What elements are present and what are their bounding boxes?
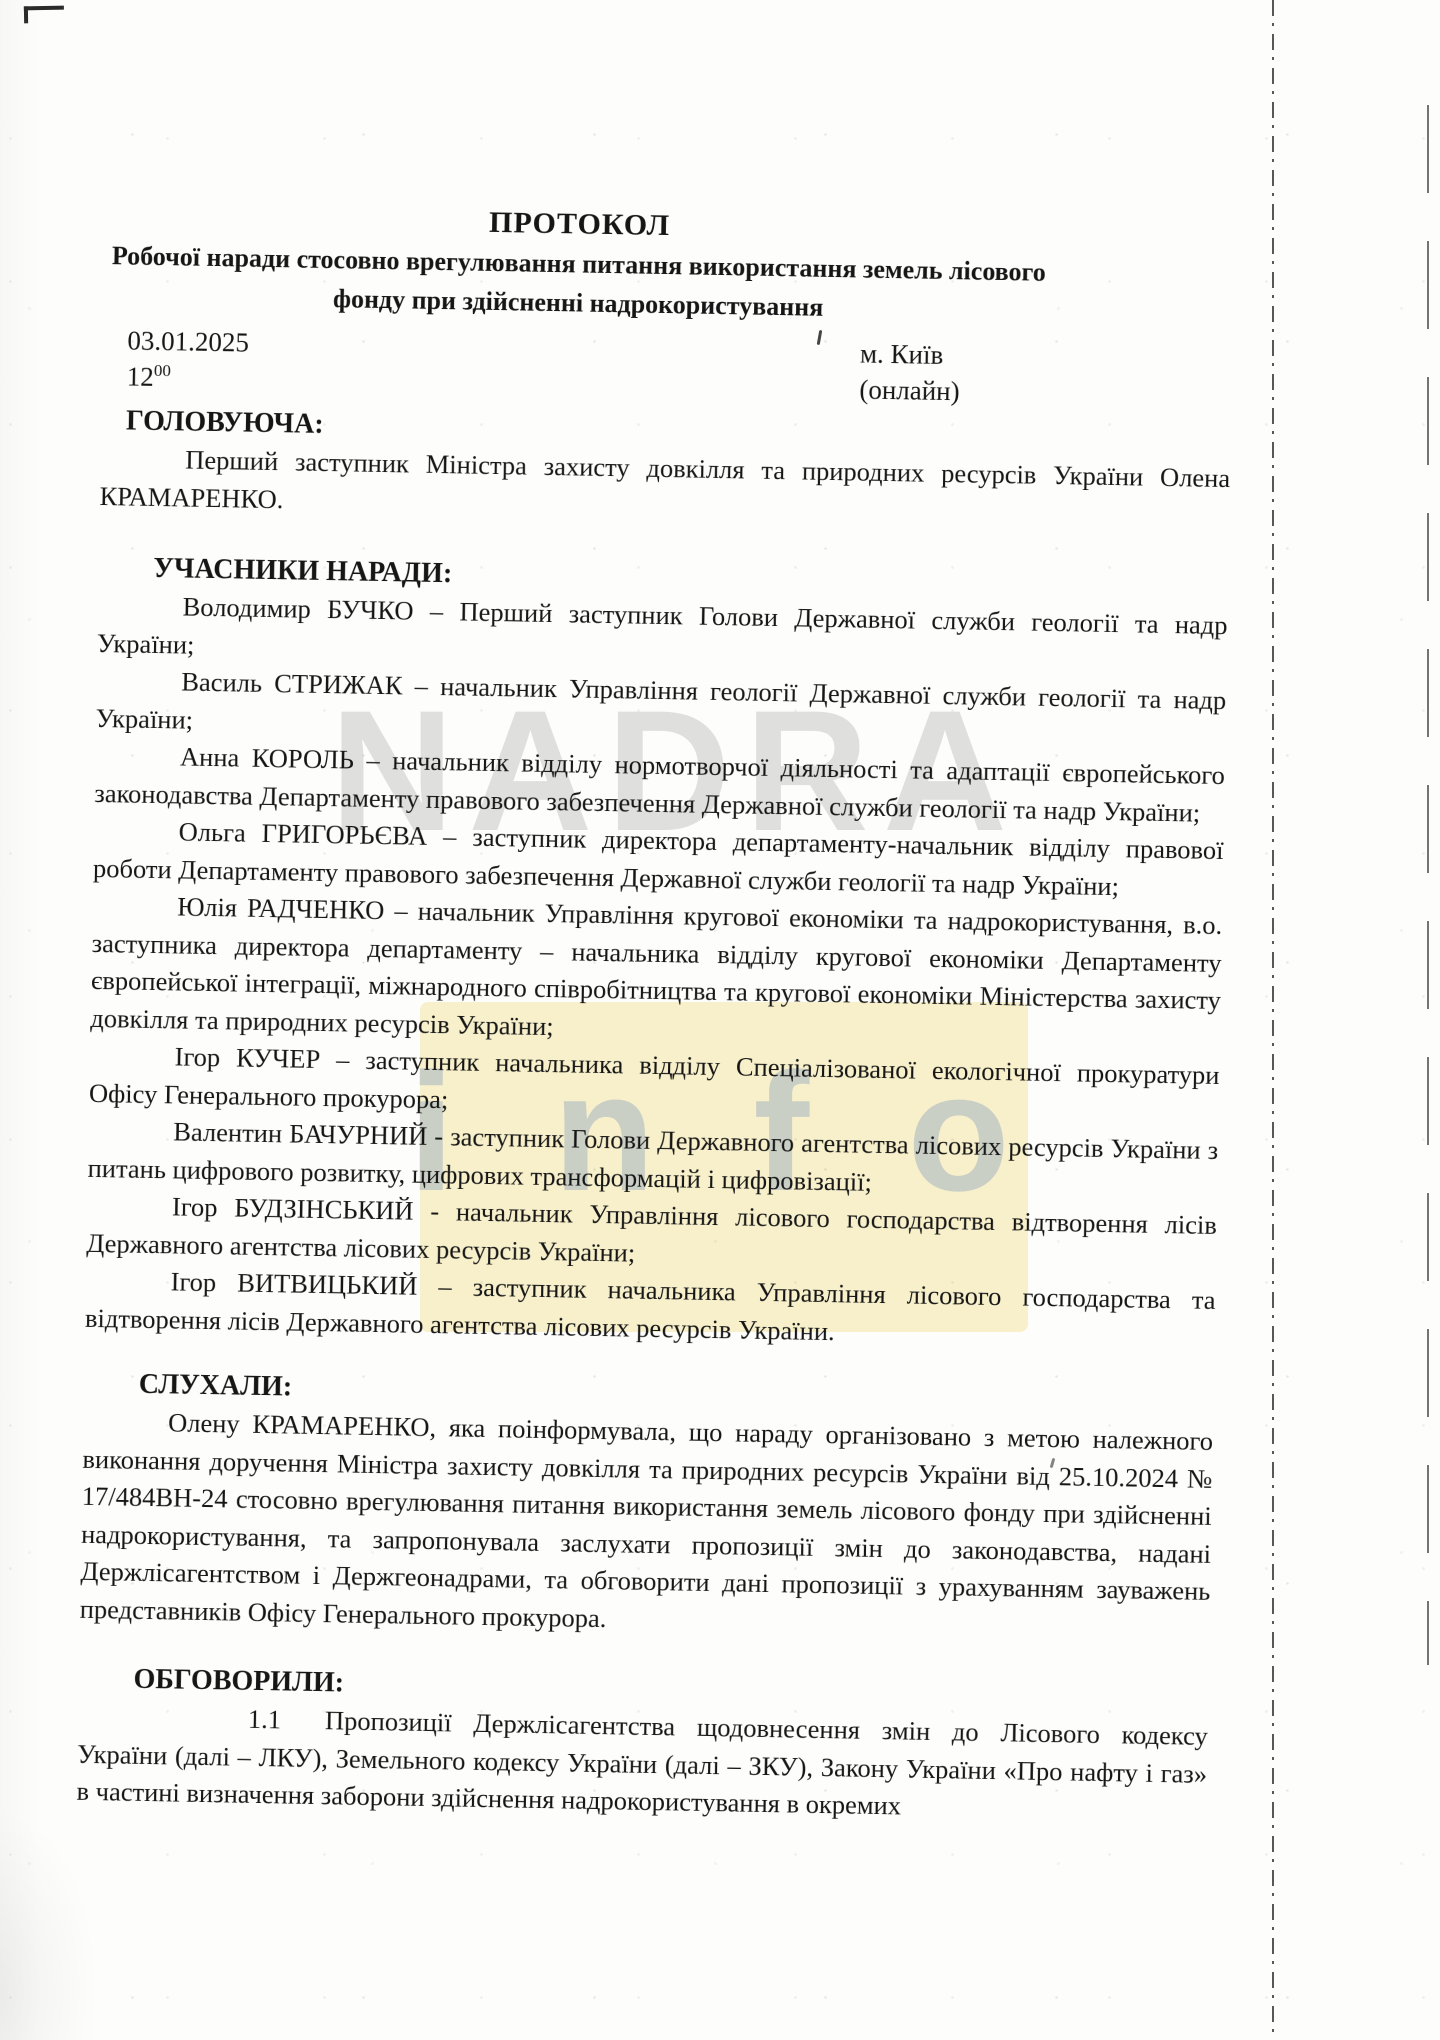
meeting-format: (онлайн) xyxy=(859,371,960,409)
discussed-item-number: 1.1 xyxy=(163,1699,282,1739)
meeting-city: м. Київ xyxy=(860,335,961,373)
meeting-location: м. Київ (онлайн) xyxy=(859,335,961,409)
scan-corner-mark xyxy=(24,6,64,24)
meeting-time-minutes: 00 xyxy=(154,361,171,380)
discussed-item: 1.1Пропозиції Держлісагентства щодовнесе… xyxy=(76,1698,1208,1831)
meeting-datetime: 03.01.2025 1200 xyxy=(126,322,249,396)
meeting-meta: 03.01.2025 1200 м. Київ (онлайн) xyxy=(101,322,1232,414)
heard-text: Олену КРАМАРЕНКО, яка поінформувала, що … xyxy=(80,1403,1214,1648)
scan-fold-line xyxy=(1272,0,1274,2040)
meeting-time: 1200 xyxy=(126,358,248,396)
participant-item: Юлія РАДЧЕНКО – начальник Управління кру… xyxy=(90,887,1222,1057)
scanned-document-page: NADRA info ПРОТОКОЛ Робочої наради стосо… xyxy=(0,0,1440,2040)
document-content: ПРОТОКОЛ Робочої наради стосовно врегулю… xyxy=(76,196,1235,1830)
scan-edge-line xyxy=(1427,105,1429,1665)
document-subtitle: Робочої наради стосовно врегулювання пит… xyxy=(103,236,1054,331)
meeting-date: 03.01.2025 xyxy=(127,322,249,360)
